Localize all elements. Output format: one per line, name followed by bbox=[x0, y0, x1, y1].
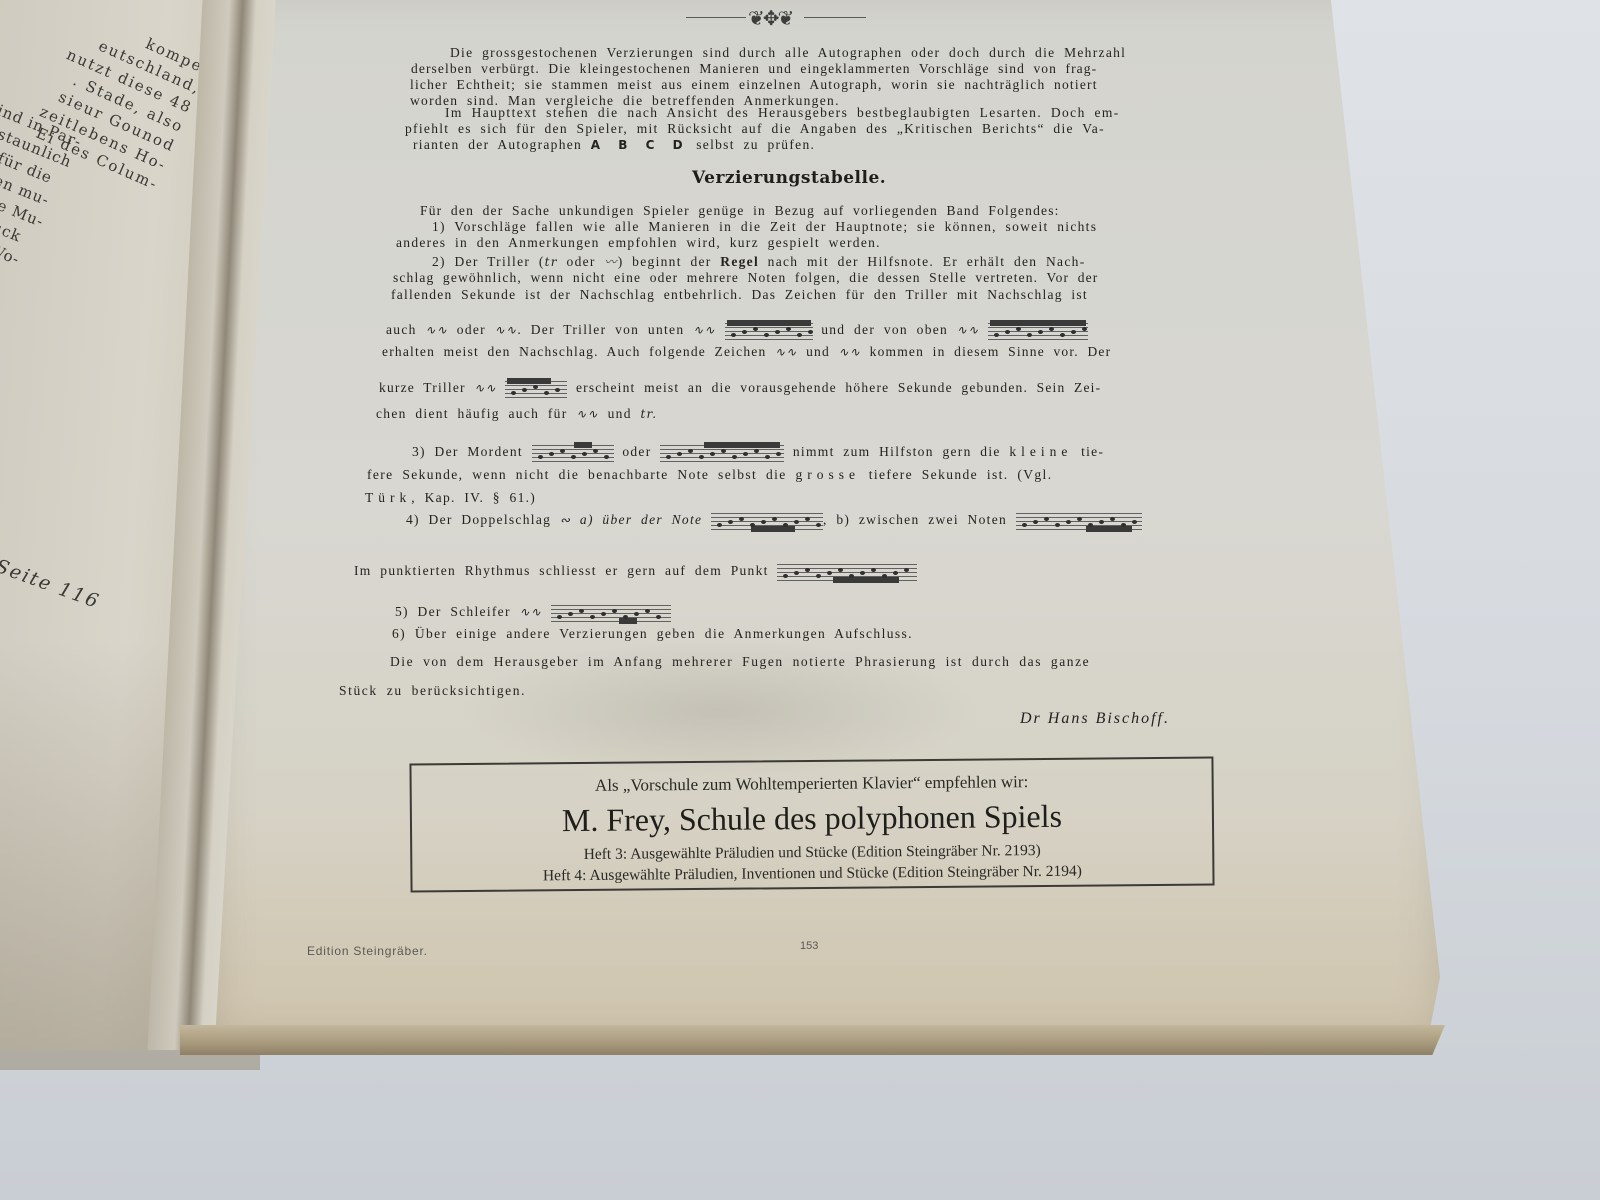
slide-icon: ∿∿ bbox=[519, 605, 542, 619]
music-example-turn-between-notes bbox=[1016, 510, 1142, 532]
page-number: 153 bbox=[800, 940, 818, 952]
music-example-mordent-long bbox=[660, 442, 784, 464]
trill-from-above-icon: ∿∿ bbox=[957, 323, 980, 337]
trill-wave-icon: ∿∿ bbox=[576, 407, 599, 421]
advert-title: M. Frey, Schule des polyphonen Spiels bbox=[412, 797, 1212, 841]
ornament-icon: ❦✥❦ bbox=[748, 6, 792, 31]
trill-wave-icon: 〰 bbox=[604, 255, 617, 269]
trill-sign-icon: tr bbox=[545, 255, 558, 269]
advert-intro: Als „Vorschule zum Wohltemperierten Klav… bbox=[412, 771, 1212, 798]
short-trill-icon: ∿∿ bbox=[474, 381, 497, 395]
advert-volume-4: Heft 4: Ausgewählte Präludien, Invention… bbox=[412, 862, 1212, 887]
trill-from-below-icon: ∿∿ bbox=[693, 323, 716, 337]
trill-sign-icon: tr. bbox=[640, 407, 657, 421]
music-example-trill-from-below bbox=[725, 320, 813, 342]
signature: Dr Hans Bischoff. bbox=[1020, 710, 1170, 728]
music-example-turn-dotted bbox=[777, 561, 917, 583]
turn-icon: ∾ bbox=[560, 513, 571, 527]
trill-sign-variant-icon: ∿∿ bbox=[775, 345, 798, 359]
advertisement-box: Als „Vorschule zum Wohltemperierten Klav… bbox=[409, 756, 1214, 892]
section-heading: Verzierungstabelle. bbox=[692, 168, 886, 188]
music-example-trill-from-above bbox=[988, 320, 1088, 342]
music-example-turn-over-note bbox=[711, 510, 823, 532]
trill-sign-variant-icon: ∿∿ bbox=[839, 345, 862, 359]
music-example-mordent-short bbox=[532, 442, 614, 464]
trill-with-nachschlag-icon: ∿∿ bbox=[425, 323, 448, 337]
autograph-labels: A B C D bbox=[591, 138, 688, 152]
trill-with-nachschlag-icon: ∿∿ bbox=[495, 323, 518, 337]
music-example-short-trill bbox=[505, 378, 567, 400]
right-page-content: ❦✥❦ Die grossgestochenen Verzierungen si… bbox=[0, 0, 1600, 1200]
music-example-slide bbox=[551, 602, 671, 624]
divider-ornament: ❦✥❦ bbox=[686, 10, 866, 26]
footer-publisher: Edition Steingräber. bbox=[307, 944, 428, 958]
